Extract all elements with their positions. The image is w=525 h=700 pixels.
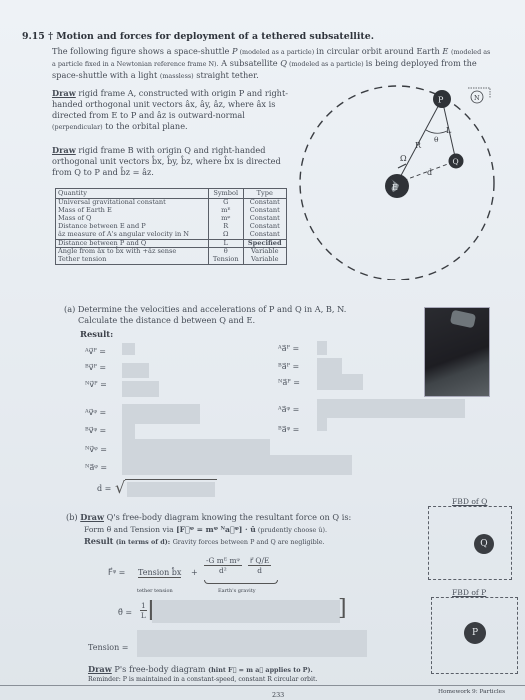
- cell-symbol: Tension: [208, 256, 243, 264]
- part-b-line3: Result (in terms of d): Gravity forces b…: [84, 536, 325, 548]
- label-B-vP: ᴮv⃗ᴾ =: [85, 363, 106, 372]
- label-d: d: [427, 168, 432, 177]
- draw-frame-a-instructions: Draw rigid frame A, constructed with ori…: [52, 88, 292, 133]
- label-omega: Ω: [400, 154, 407, 163]
- quantity-table: Quantity Symbol Type Universal gravitati…: [55, 188, 287, 265]
- fbd-q-node: Q: [474, 534, 494, 554]
- draw-a-text: rigid frame A, constructed with origin P…: [52, 88, 288, 120]
- force-lhs: F⃗ᵠ =: [108, 568, 125, 577]
- sqrt-icon: √: [115, 478, 125, 497]
- label-N-aQ: ᴺa⃗ᵠ =: [85, 463, 107, 472]
- draw-keyword: Draw: [80, 512, 104, 522]
- problem-title: 9.15 † Motion and forces for deployment …: [22, 31, 374, 42]
- intro-text: straight tether.: [194, 70, 259, 80]
- answer-thetaddot[interactable]: [152, 600, 340, 623]
- frac-num: 1: [140, 601, 147, 611]
- photo-object: [450, 310, 476, 329]
- part-b-line1: (b) Draw Q's free-body diagram knowing t…: [66, 512, 406, 523]
- fbd-q-box[interactable]: Q: [428, 506, 512, 580]
- label-N-vP: ᴺv⃗ᴾ =: [85, 380, 107, 389]
- answer-N-aQ[interactable]: [122, 455, 352, 475]
- header-symbol: Symbol: [208, 189, 243, 199]
- theta-arc: [426, 130, 447, 133]
- plus-sign: +: [191, 568, 198, 577]
- thetaddot-lhs: θ̈ =: [118, 608, 132, 617]
- one-over-L: 1 L: [140, 601, 147, 620]
- draw-a-text: to the orbital plane.: [103, 121, 188, 131]
- problem-number: 9.15: [22, 31, 45, 42]
- label-L: L: [446, 126, 452, 135]
- part-b-text: Form θ̈ and Tension via: [84, 525, 176, 534]
- label-theta: θ: [434, 135, 439, 144]
- part-a-prompt: (a) Determine the velocities and acceler…: [64, 304, 404, 326]
- intro-paragraph: The following figure shows a space-shutt…: [52, 46, 492, 82]
- intro-text: The following figure shows a space-shutt…: [52, 46, 232, 56]
- label-d: d =: [97, 484, 111, 493]
- part-a-line2: Calculate the distance d between Q and E…: [64, 315, 404, 326]
- result-label: Result: [84, 536, 113, 546]
- label-B-aP: ᴮa⃗ᴾ =: [278, 362, 299, 371]
- cell-quantity: âz measure of A's angular velocity in N: [56, 231, 209, 239]
- frac-den: L: [140, 611, 147, 620]
- answer-B-vP[interactable]: [122, 363, 149, 378]
- var-Q: Q: [280, 58, 287, 68]
- intro-note: (massless): [160, 72, 194, 80]
- problem-title-text: Motion and forces for deployment of a te…: [56, 31, 374, 42]
- label-A-vP: ᴬv⃗ᴾ =: [85, 347, 106, 356]
- tension-term: Tension b̂x: [138, 568, 181, 578]
- node-P-label: P: [438, 96, 444, 105]
- fbd-q-label: FBD of Q: [452, 497, 487, 506]
- node-E-label: E: [392, 183, 398, 192]
- label-N-aP: ᴺa⃗ᴾ =: [278, 378, 300, 387]
- cell-quantity: Tether tension: [56, 256, 209, 264]
- part-b-note: (prudently choose û).: [256, 526, 327, 534]
- draw-keyword: Draw: [52, 88, 76, 98]
- draw-frame-b-instructions: Draw rigid frame B with origin Q and rig…: [52, 145, 292, 178]
- answer-A-vQ[interactable]: [122, 404, 200, 424]
- overlay-photo: [424, 307, 490, 397]
- gravity-fraction: -G mᴱ mᵠ d²: [204, 556, 242, 575]
- draw-keyword: Draw: [52, 145, 76, 155]
- node-Q-label: Q: [453, 157, 459, 166]
- part-b-text: Q's free-body diagram knowing the result…: [104, 512, 351, 522]
- page-number: 233: [272, 691, 284, 699]
- draw-p-line: Draw P's free-body diagram (hint F⃗ = m …: [88, 664, 313, 676]
- brace-label-gravity: Earth's gravity: [218, 588, 256, 594]
- reminder-text: Reminder: P is maintained in a constant-…: [88, 676, 317, 683]
- intro-note: (modeled as a particle): [287, 60, 366, 68]
- cell-symbol: Ω: [208, 231, 243, 239]
- brace-gravity: [204, 580, 278, 584]
- draw-p-text: P's free-body diagram: [112, 664, 208, 674]
- gravity-denominator: d²: [204, 566, 242, 575]
- var-E: E: [442, 46, 448, 56]
- header-quantity: Quantity: [56, 189, 209, 199]
- label-A-aQ: ᴬa⃗ᵠ =: [278, 405, 299, 414]
- label-N-vQ: ᴺv⃗ᵠ =: [85, 445, 107, 454]
- draw-b-text: rigid frame B with origin Q and right-ha…: [52, 145, 281, 177]
- fbd-p-node: P: [464, 622, 486, 644]
- draw-a-note: (perpendicular): [52, 123, 103, 131]
- newton-law-eq: [F⃗ᵠ = mᵠ ᴺa⃗ᵠ] · û: [176, 525, 256, 534]
- answer-A-vP[interactable]: [122, 343, 135, 355]
- gravity-note: Gravity forces between P and Q are negli…: [173, 538, 325, 546]
- table-header-row: Quantity Symbol Type: [56, 189, 287, 199]
- answer-A-aQ[interactable]: [317, 399, 465, 418]
- frame-N-label: N: [474, 94, 480, 102]
- answer-A-aP[interactable]: [317, 341, 327, 355]
- answer-N-vP[interactable]: [122, 381, 159, 397]
- sqrt-answer[interactable]: √: [125, 479, 217, 498]
- table-row: âz measure of A's angular velocity in NΩ…: [56, 231, 287, 239]
- label-A-aP: ᴬa⃗ᴾ =: [278, 344, 299, 353]
- result-note: (in terms of d):: [113, 538, 170, 546]
- answer-B-aP[interactable]: [317, 358, 342, 374]
- label-R: R: [415, 141, 422, 150]
- orbit-diagram: E P Q N R L θ Ω d: [280, 80, 525, 280]
- r-numerator: r⃗ Q/E: [248, 556, 271, 566]
- answer-B-aQ[interactable]: [317, 418, 327, 431]
- fbd-p-label: FBD of P: [452, 588, 486, 597]
- answer-N-vQ[interactable]: [122, 439, 270, 456]
- document-page: 9.15 † Motion and forces for deployment …: [0, 0, 525, 700]
- answer-tension[interactable]: [137, 630, 367, 657]
- label-B-vQ: ᴮv⃗ᵠ =: [85, 426, 106, 435]
- intro-text: A subsatellite: [219, 58, 281, 68]
- tension-lhs: Tension =: [88, 643, 128, 652]
- result-label: Result:: [80, 329, 113, 339]
- r-denominator: d: [248, 566, 271, 575]
- answer-N-aP[interactable]: [317, 374, 363, 390]
- table-row: Tether tensionTensionVariable: [56, 256, 287, 264]
- intro-text: in circular orbit around Earth: [316, 46, 442, 56]
- part-a-line1: (a) Determine the velocities and acceler…: [64, 304, 404, 315]
- fbd-p-box[interactable]: P: [431, 597, 518, 674]
- footer-section: Homework 9: Particles: [438, 689, 505, 695]
- right-bracket: ]: [338, 596, 347, 621]
- dagger-mark: †: [48, 31, 53, 42]
- gravity-numerator: -G mᴱ mᵠ: [204, 556, 242, 566]
- unit-fraction: r⃗ Q/E d: [248, 556, 271, 575]
- draw-keyword: Draw: [88, 664, 112, 674]
- hint-text: (hint F⃗ = m a⃗ applies to P).: [208, 666, 313, 674]
- answer-d[interactable]: [127, 482, 215, 497]
- part-b-prefix: (b): [66, 512, 80, 522]
- footer-divider: [0, 685, 525, 686]
- label-A-vQ: ᴬv⃗ᵠ =: [85, 408, 106, 417]
- answer-B-vQ[interactable]: [122, 424, 135, 440]
- brace-label-tension: tether tension: [137, 588, 173, 594]
- label-B-aQ: ᴮa⃗ᵠ =: [278, 425, 299, 434]
- part-b-line2: Form θ̈ and Tension via [F⃗ᵠ = mᵠ ᴺa⃗ᵠ] …: [84, 524, 414, 536]
- intro-note: (modeled as a particle): [238, 48, 317, 56]
